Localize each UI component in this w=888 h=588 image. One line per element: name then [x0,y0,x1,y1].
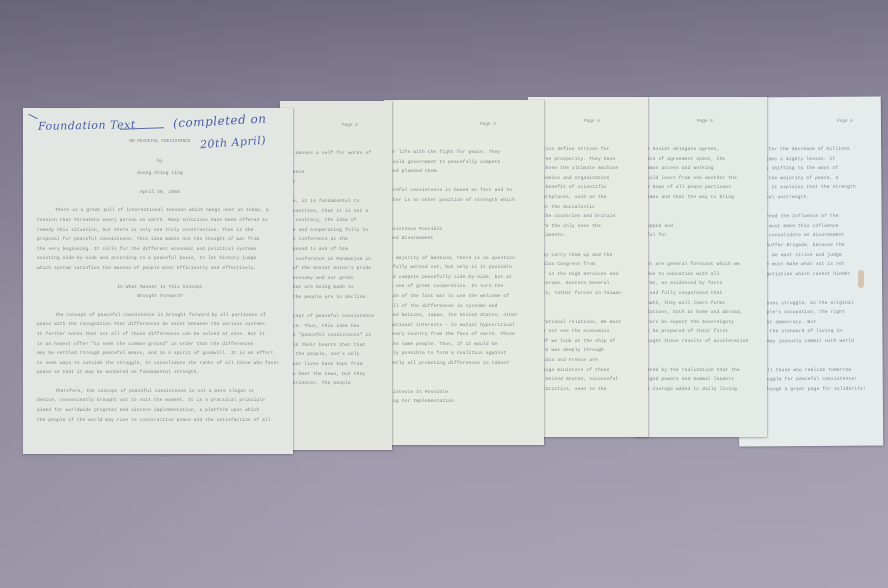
text-line: is an honest offer "to seek the common g… [37,340,283,350]
text-line [390,369,540,379]
text-line: e majority of mankind, there is no quest… [390,254,540,264]
text-line: brought these results of acceleration [641,337,759,347]
text-line: the contrary, the idea of [284,216,388,226]
text-line: ments, rather forces in Taiwan [534,289,642,299]
text-line: hose "peaceful coexistence" is [284,331,388,341]
text-line: The courage added to daily living [641,385,759,395]
text-line: s are the only ones the [534,222,642,232]
text-line: t to hear the news, but they [284,370,388,380]
text-line: ulate of agreement spent, the [641,155,759,165]
byline: by [37,157,283,167]
text-line: ference [284,168,388,178]
document-page-3: Page 3 ur life with the fight for peace.… [384,100,544,445]
page-number: Page 6 [837,117,853,127]
text-line: ceful for [641,231,759,241]
text-line: stopped and [641,222,759,232]
text-line: s due to education with all [641,270,759,280]
text-line [284,303,388,313]
text-line: ranged powers and Summit leaders [641,375,759,385]
text-line: y. If we look at the ship of [534,337,642,347]
text-line: all of the differences in systems and [390,302,540,312]
text-line: rfully worked out, but only is it possib… [390,263,540,273]
document-page-1: ON PEACEFUL COEXISTENCE by Soong Ching L… [23,108,293,454]
text-line [390,206,540,216]
text-line: proposed to ask of him [284,245,388,255]
text-line: growth, they will learn forms [641,299,759,309]
page-1-body: ON PEACEFUL COEXISTENCE by Soong Ching L… [37,138,283,425]
text-line: to seek ways to outside the struggle, to… [37,359,283,369]
text-line: foreign ministers of these [534,366,642,376]
text-line: for the people, one's only [284,350,388,360]
text-line: operational relations, We must [534,318,642,328]
text-line [641,251,759,261]
text-line: ide of the last war to use the welcome o… [390,292,540,302]
text-line: 's economy and our great [284,274,388,284]
text-line: ed. Even the ultimate machine [534,164,642,174]
text-line: aceful coexistence is based on fact and … [390,186,540,196]
text-line: y may carry them up and the [534,251,642,261]
text-line [641,203,759,213]
text-line: d workplaces, such as the [534,193,642,203]
text-line: the people of the world may rise to cons… [37,416,283,426]
text-line: million Congress from [534,260,642,270]
text-line: d countries, that it is not a [284,207,388,217]
text-line: device, conveniently brought out to suit… [37,396,283,406]
text-line: may be settled through peaceful means, a… [37,349,283,359]
text-line: experiences. The people [284,379,388,389]
text-line: which system satisfies the masses of peo… [37,264,283,274]
paragraph-1: There is a great pull of international t… [37,206,283,273]
section-heading: Brought Forward? [37,292,283,302]
text-line [534,241,642,251]
text-line: ce of the Soviet Union's pride [284,264,388,274]
page-number: Page 3 [480,120,496,130]
text-line: remedy this situation, but there is only… [37,226,283,236]
text-line: should learn from one another the [641,174,759,184]
text-line: economics and organization [534,174,642,184]
text-line: It further notes that not all of those d… [37,330,283,340]
page-number: Page 5 [697,117,713,127]
text-line: There is a great pull of international t… [37,206,283,216]
text-line: ltimes and that the way to bring [641,193,759,203]
page-number: Page 2 [342,121,358,131]
text-line: ounce. Thus, this idea has [284,322,388,332]
text-line: common access and working [641,164,759,174]
page-3-body: ur life with the fight for peace. Theyco… [390,148,540,407]
text-line [641,356,759,366]
text-line: of the countries and britain [534,212,642,222]
text-line: to the people are in decline. [284,293,388,303]
text-line: the Soviet delegate agrees, [641,145,759,155]
text-line: relations, both at home and abroad, [641,308,759,318]
text-line: ment are general forecast which we [641,260,759,270]
text-line: every country from the face of earth. Th… [390,330,540,340]
text-line [641,212,759,222]
text-line: ted Nations, Japan, the United States, o… [390,311,540,321]
text-line: tension that threatens every person on e… [37,216,283,226]
text-line: existing side-by-side and according to a… [37,254,283,264]
text-line: ence, it is fundamental to [284,197,388,207]
text-line [390,378,540,388]
paragraph-2: The concept of peaceful coexistence is b… [37,311,283,378]
text-line: r to not see the economics [534,327,642,337]
text-line: ducers be expect the Sovereignty [641,318,759,328]
author: Soong Ching Ling [37,169,283,179]
text-line: proposal for peaceful coexistence. This … [37,235,283,245]
text-line: the same people. Thus, if it would be [390,340,540,350]
text-line: sentiments. [534,231,642,241]
text-line: the benefit of scientific [534,183,642,193]
text-line: ently all promoting differences in taboo… [390,359,540,369]
text-line: aimed for worldwide progress and sincere… [37,406,283,416]
text-line: ther is no other position of strength wh… [390,196,540,206]
text-line: s free prosperity. They have [534,155,642,165]
page-number: Page 4 [584,117,600,127]
text-line: tration define strives for [534,145,642,155]
text-line [534,299,642,309]
text-line: The concept of peaceful coexistence is b… [37,311,283,321]
text-line: the conference in Panmunjom in [284,255,388,265]
text-line: ur life with the fight for peace. They [390,148,540,158]
page-2-body: the masses a self for words of ferenceug… [284,149,388,389]
text-line: and Disarmament [390,234,540,244]
text-line: the very beginning. It calls for the dif… [37,245,283,255]
section-heading: In What Manner Is This Concept [37,283,283,293]
page-4-body: tration define strives fors free prosper… [534,145,642,394]
text-line [284,187,388,197]
text-line: peace so that it may be anchored on fund… [37,368,283,378]
text-line: There was deeply through [534,346,642,356]
text-line: ent" in the High Services and [534,270,642,280]
text-line: national interests - to mutual hypocriti… [390,321,540,331]
text-line: peace with the recognition that differen… [37,320,283,330]
text-line [534,308,642,318]
handwritten-note: Foundation Text [38,118,136,133]
text-line: ust be prepared of their first [641,327,759,337]
text-line: ch and fully cooperated that [641,289,759,299]
page-5-body: the Soviet delegate agrees,ulate of agre… [641,145,759,394]
text-line [390,244,540,254]
text-line: g statistics, seen to the [534,385,642,395]
text-line: the masses a self for words of [284,149,388,159]
text-line: ld compete peacefully side-by-side, but … [390,273,540,283]
text-line [284,159,388,169]
text-line: concept of peaceful coexistence [284,312,388,322]
document-page-4: Page 4 tration define strives fors free … [528,97,648,437]
text-line: erated by the realization that the [641,366,759,376]
text-line: could government to peacefully compete [390,158,540,168]
paragraph-3: Therefore, the concept of peaceful coexi… [37,387,283,425]
text-line: the Hope of all peace partisans [641,183,759,193]
text-line: forms, as evidenced by facts [641,279,759,289]
text-line: e one of great cooperation. In turn the [390,282,540,292]
text-line: ily possible to form a coalition against [390,349,540,359]
document-page-5: Page 5 the Soviet delegate agrees,ulate … [635,97,767,437]
text-line: ance and cooperating fully to [284,226,388,236]
text-line: This conference at the [284,235,388,245]
text-line [641,241,759,251]
text-line: and planned them. [390,167,540,177]
text-line: to Europe. Eastern General [534,279,642,289]
document-page-2: Page 2 the masses a self for words of fe… [280,101,392,450]
paper-stain [858,270,864,288]
text-line: of our lives have kept from [284,360,388,370]
text-line: the United States, successful [534,375,642,385]
text-line: Britain and France are [534,356,642,366]
text-line: existence Possible [390,225,540,235]
text-line [390,215,540,225]
text-line: xistence Is Possible [390,388,540,398]
text-line: s for the Socialistic [534,203,642,213]
text-line: ing For Implementation [390,397,540,407]
text-line: ught [284,178,388,188]
text-line [641,346,759,356]
text-line [390,177,540,187]
text-line: ce in their hearts that that [284,341,388,351]
document-date: April 20, 1956 [37,188,283,198]
text-line: s that are being made to [284,283,388,293]
text-line: Therefore, the concept of peaceful coexi… [37,387,283,397]
